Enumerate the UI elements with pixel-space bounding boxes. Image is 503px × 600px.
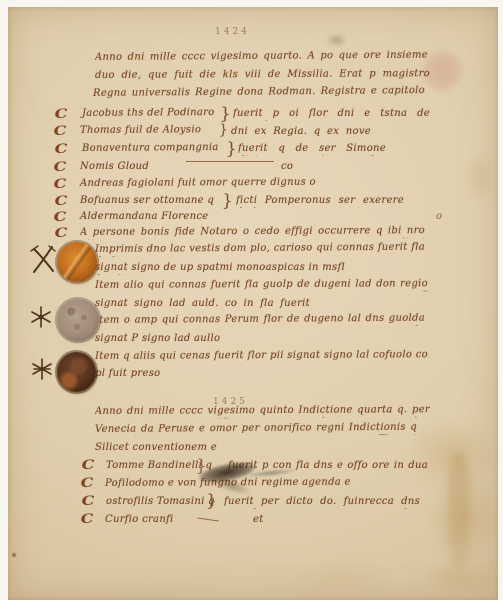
seal-note-line: pl fuit preso [95,368,160,380]
paragraph-mark: C [54,142,68,158]
entry-brace: } [205,491,217,512]
paragraph-mark: C [53,124,67,140]
entry-name: Nomis Gloud [80,161,149,173]
seal-note-line: signat P signo lad aullo [95,333,220,345]
entry-detail: dni ex Regia. q ex nove gra o [231,126,371,139]
entry-name: Pofilodomo e von fungno dni regime agend… [105,477,351,490]
filler-rule [186,161,274,162]
entry-brace: } [225,139,237,160]
paragraph-mark: C [53,177,67,193]
seal-note-line: signat signo de up spatmi monoaspicas in… [95,262,345,275]
seal-note-line: Item o amp qui connas Perum flor de duge… [95,313,425,328]
intro-line: duo die, que fuit die kls viii de Missil… [95,68,430,83]
x-mark [29,245,57,273]
dark-brown-seal [57,352,96,392]
entry-detail: ficti Pomperonus ser exerere dud q [236,195,404,208]
paragraph-mark: C [54,226,68,242]
seal-note-line: Item alio qui connas fuerit fla guolp de… [95,278,428,293]
asterisk-mark [30,306,52,328]
intro-line: Anno dni mille cccc vigesimo quarto. A p… [95,50,428,65]
entry-detail: o [436,211,442,223]
year-heading-1424: 1424 [215,27,250,37]
grey-seal [57,299,99,341]
entry-name: Aldermandana Florence [80,211,208,223]
seal-note-line: signat signo lad auld. co in fla fuerit … [95,298,310,311]
seal-note-line: Item q aliis qui cenas fuerit flor pii s… [95,349,428,364]
entry-name: ostrofilis Tomasini q [106,496,215,508]
entry-name: A persone bonis fide Notaro o cedo effig… [80,225,425,240]
paragraph-mark: C [80,476,94,492]
intro-line: Silicet conventionem e [95,442,217,454]
entry-detail: fuerit p con fla dns e offo ore in dua [228,460,428,473]
entry-detail: fuerit per dicto do. fuinrecca dns agend… [224,496,420,509]
intro-line: Venecia da Peruse e omor per onorifico r… [95,422,417,437]
entry-name: Bonaventura compangnia [82,142,219,155]
entry-name: Andreas fagiolani fuit omor querre dignu… [80,177,316,190]
entry-detail: fuerit q de ser Simone dicto nomine lxv [238,143,386,156]
entry-name: Jacobus ths del Podinaro [82,107,215,120]
paragraph-mark: C [54,107,68,123]
entry-detail: co [281,161,293,173]
entry-detail: fuerit p oi flor dni e tstna de venecia [233,108,430,121]
entry-brace: } [221,191,233,212]
seal-note-line: Imprimis dno lac vestis dom plo, carioso… [95,242,425,257]
paragraph-mark: C [81,494,95,510]
entry-detail: et [253,514,264,526]
entry-name: Curfio cranfi [105,514,174,526]
paragraph-mark: C [81,458,95,474]
intro-line: Anno dni mille cccc vigesimo quinto Indi… [95,404,430,419]
entry-name: Bofuanus ser ottomane q [80,195,214,207]
manuscript-photo: { "manuscript": { "sections": [ { "year"… [0,0,503,600]
entry-name: Thomas fuil de Aloysio [80,124,201,137]
entry-brace: } [195,456,207,477]
paragraph-mark: C [53,160,67,176]
bronze-seal [57,242,97,282]
paragraph-mark: C [54,194,68,210]
paragraph-mark: C [80,512,94,528]
paragraph-mark: C [53,210,67,226]
entry-brace: } [219,122,229,138]
asterisk-mark [31,358,53,380]
